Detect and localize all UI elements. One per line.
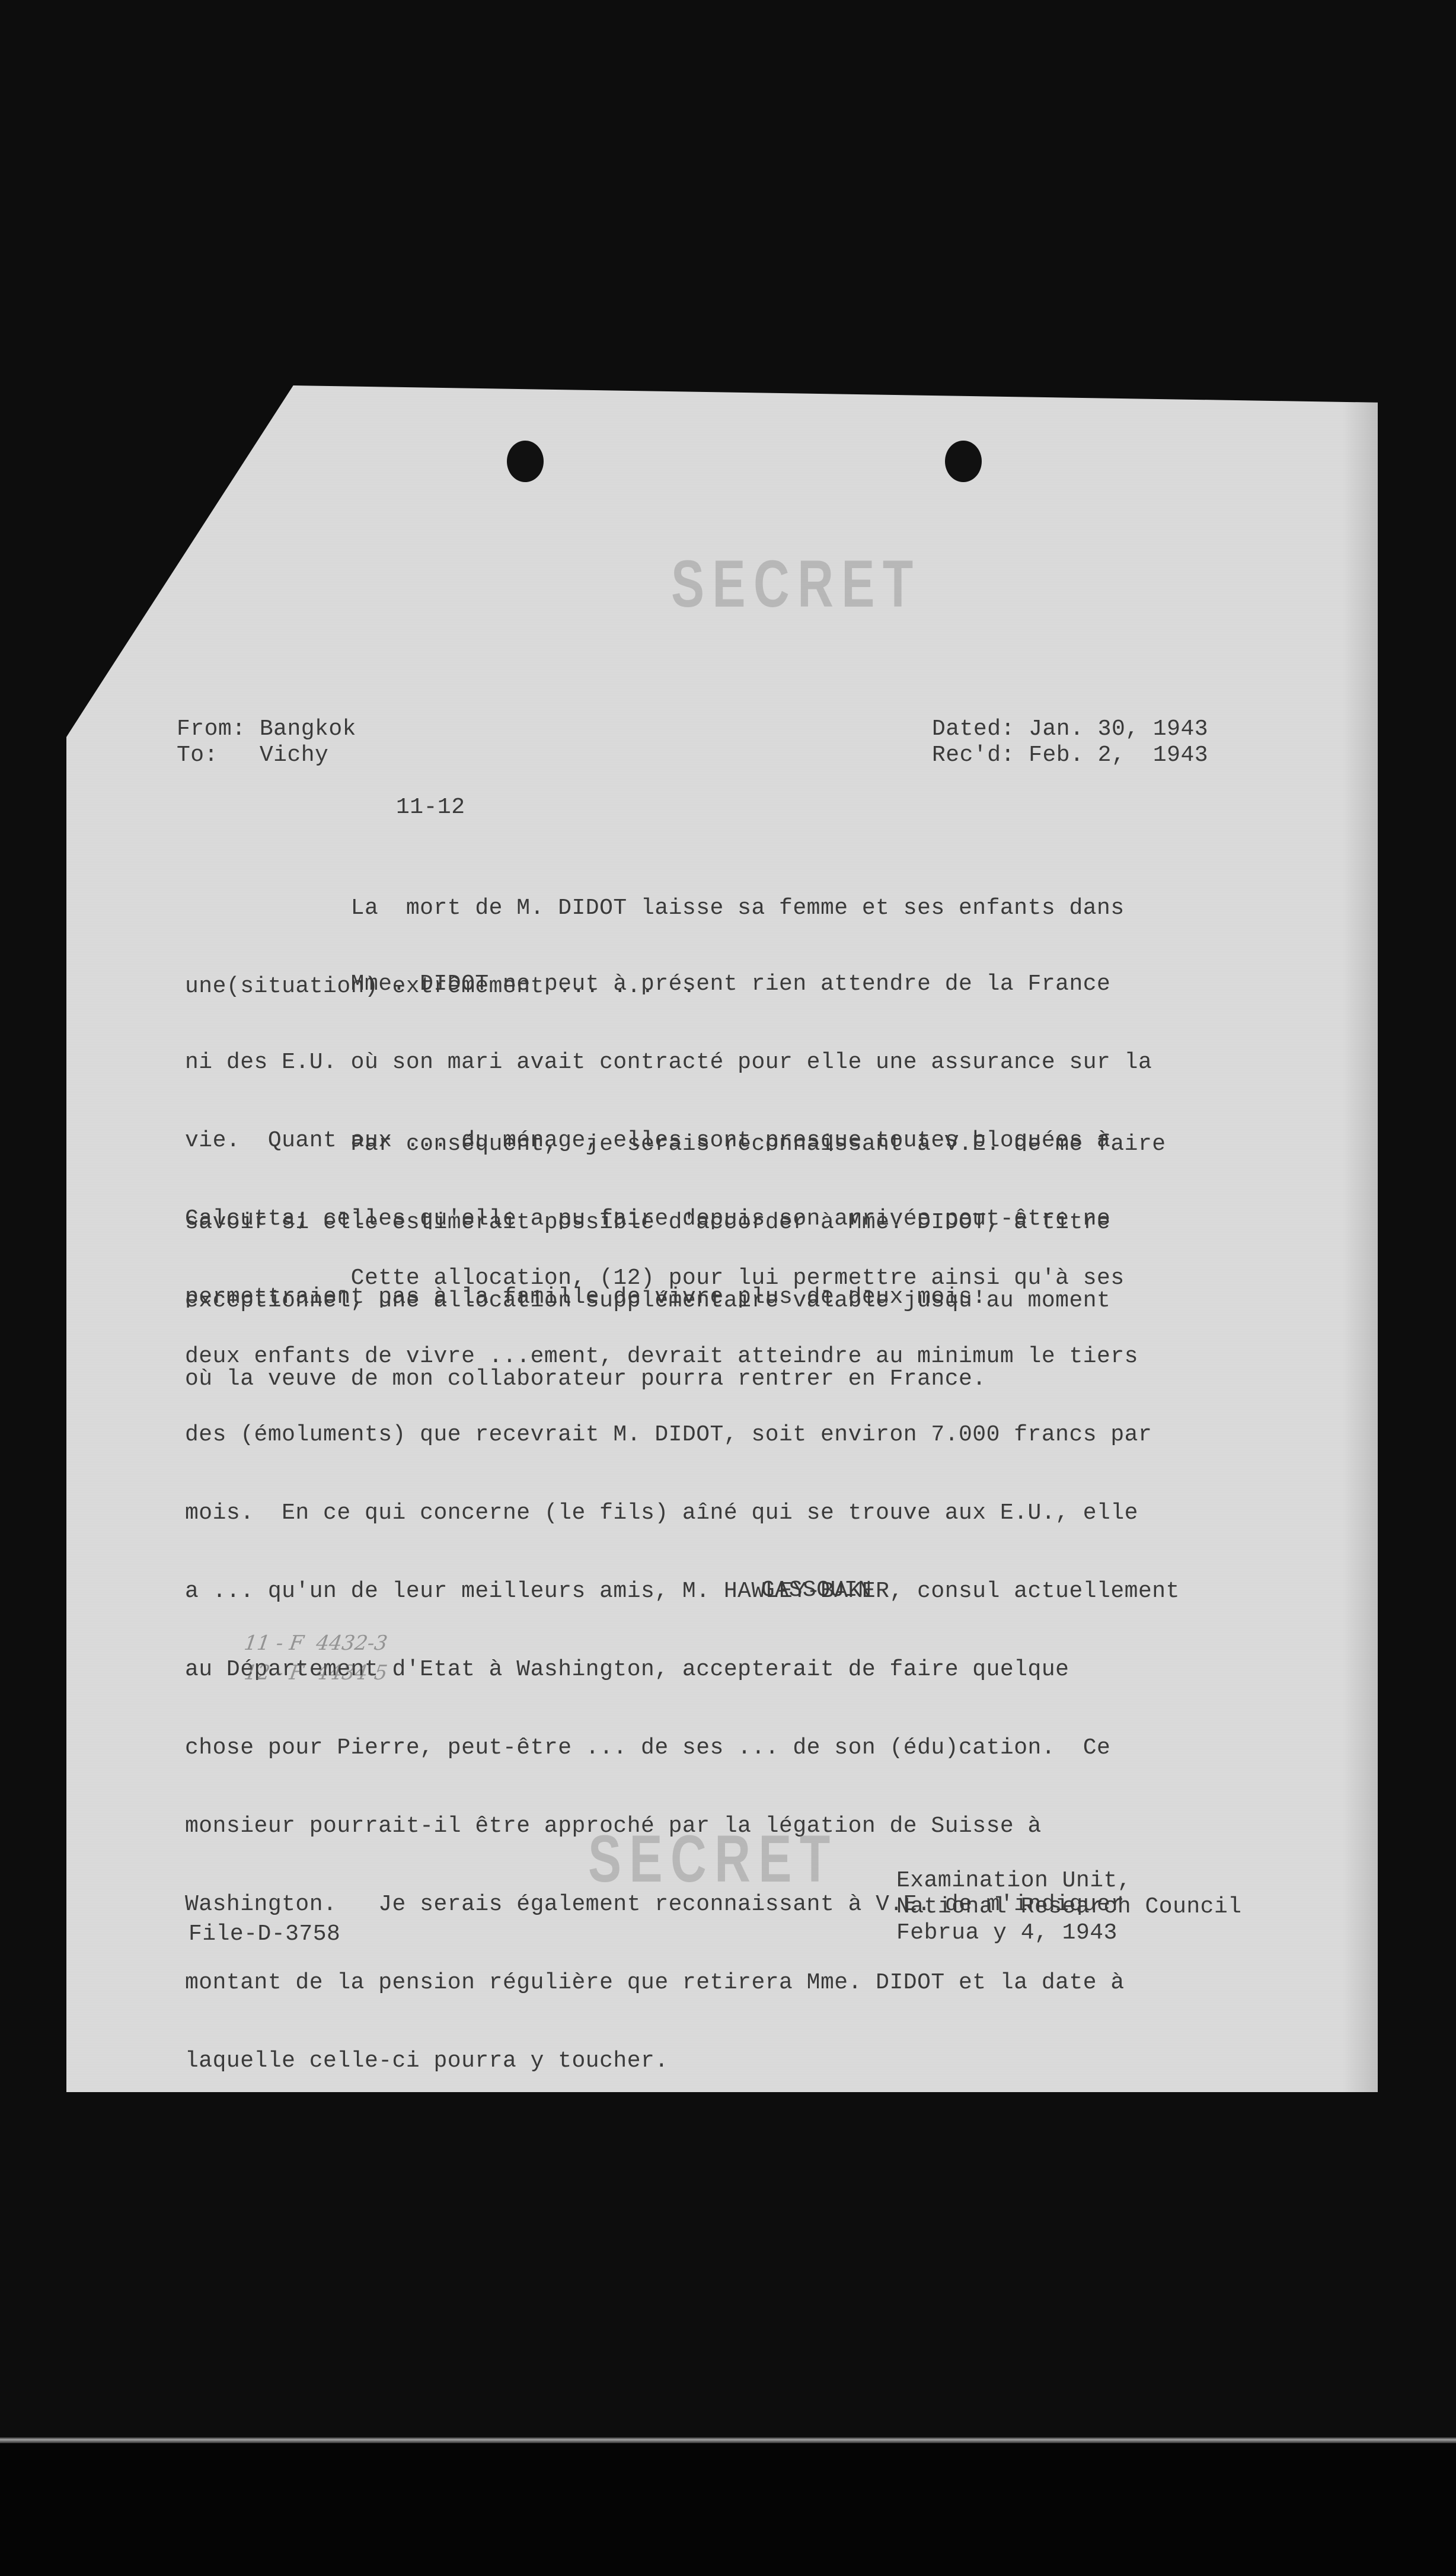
paragraph-line: laquelle celle-ci pourra y toucher.	[185, 2048, 1311, 2074]
film-edge	[0, 2437, 1456, 2443]
dated-label: Dated:	[932, 716, 1015, 742]
paragraph-line: La mort de M. DIDOT laisse sa femme et s…	[185, 895, 1311, 922]
footer-date: Februa y 4, 1943	[896, 1920, 1117, 1946]
secret-stamp-top: SECRET	[671, 546, 921, 622]
from-line: From: Bangkok	[177, 716, 356, 742]
paragraph-line: ni des E.U. où son mari avait contracté …	[185, 1050, 1311, 1076]
dated-value: Jan. 30, 1943	[1029, 716, 1208, 742]
handwritten-note-1: 11 - F 4432-3	[242, 1630, 389, 1657]
received-line: Rec'd: Feb. 2, 1943	[932, 742, 1208, 769]
secret-stamp-bottom: SECRET	[588, 1821, 838, 1897]
page-shadow	[1342, 385, 1378, 2092]
paragraph-line: deux enfants de vivre ...ement, devrait …	[185, 1344, 1311, 1370]
signature: GASSOUIN	[761, 1577, 871, 1603]
to-label: To:	[177, 742, 218, 768]
from-label: From:	[177, 716, 246, 742]
file-number: File-D-3758	[189, 1921, 340, 1947]
received-value: Feb. 2, 1943	[1029, 742, 1208, 768]
footer-examination-unit: Examination Unit,	[896, 1868, 1131, 1894]
from-value: Bangkok	[260, 716, 356, 742]
dated-line: Dated: Jan. 30, 1943	[932, 716, 1208, 742]
message-number: 11-12	[396, 795, 465, 821]
document-page: SECRET From: Bangkok To: Vichy Dated: Ja…	[66, 385, 1378, 2092]
handwritten-note-2: 12 - F 4434-5	[242, 1659, 389, 1686]
to-line: To: Vichy	[177, 742, 328, 769]
paragraph-line: montant de la pension régulière que reti…	[185, 1970, 1311, 1996]
to-value: Vichy	[260, 742, 329, 768]
punch-hole-right	[945, 441, 982, 482]
paragraph-line: Par conséquent, je serais reconnaissant …	[185, 1131, 1311, 1158]
paragraph-line: chose pour Pierre, peut-être ... de ses …	[185, 1735, 1311, 1761]
punch-hole-left	[507, 441, 544, 482]
footer-council: National Research Council	[896, 1894, 1242, 1920]
paragraph-line: des (émoluments) que recevrait M. DIDOT,…	[185, 1422, 1311, 1448]
film-border	[0, 2443, 1456, 2576]
paragraph-line: mois. En ce qui concerne (le fils) aîné …	[185, 1500, 1311, 1526]
received-label: Rec'd:	[932, 742, 1015, 768]
paragraph-line: a ... qu'un de leur meilleurs amis, M. H…	[185, 1579, 1311, 1605]
paragraph-line: Cette allocation, (12) pour lui permettr…	[185, 1265, 1311, 1292]
paragraph-line: Mme. DIDOT ne peut à présent rien attend…	[185, 971, 1311, 997]
